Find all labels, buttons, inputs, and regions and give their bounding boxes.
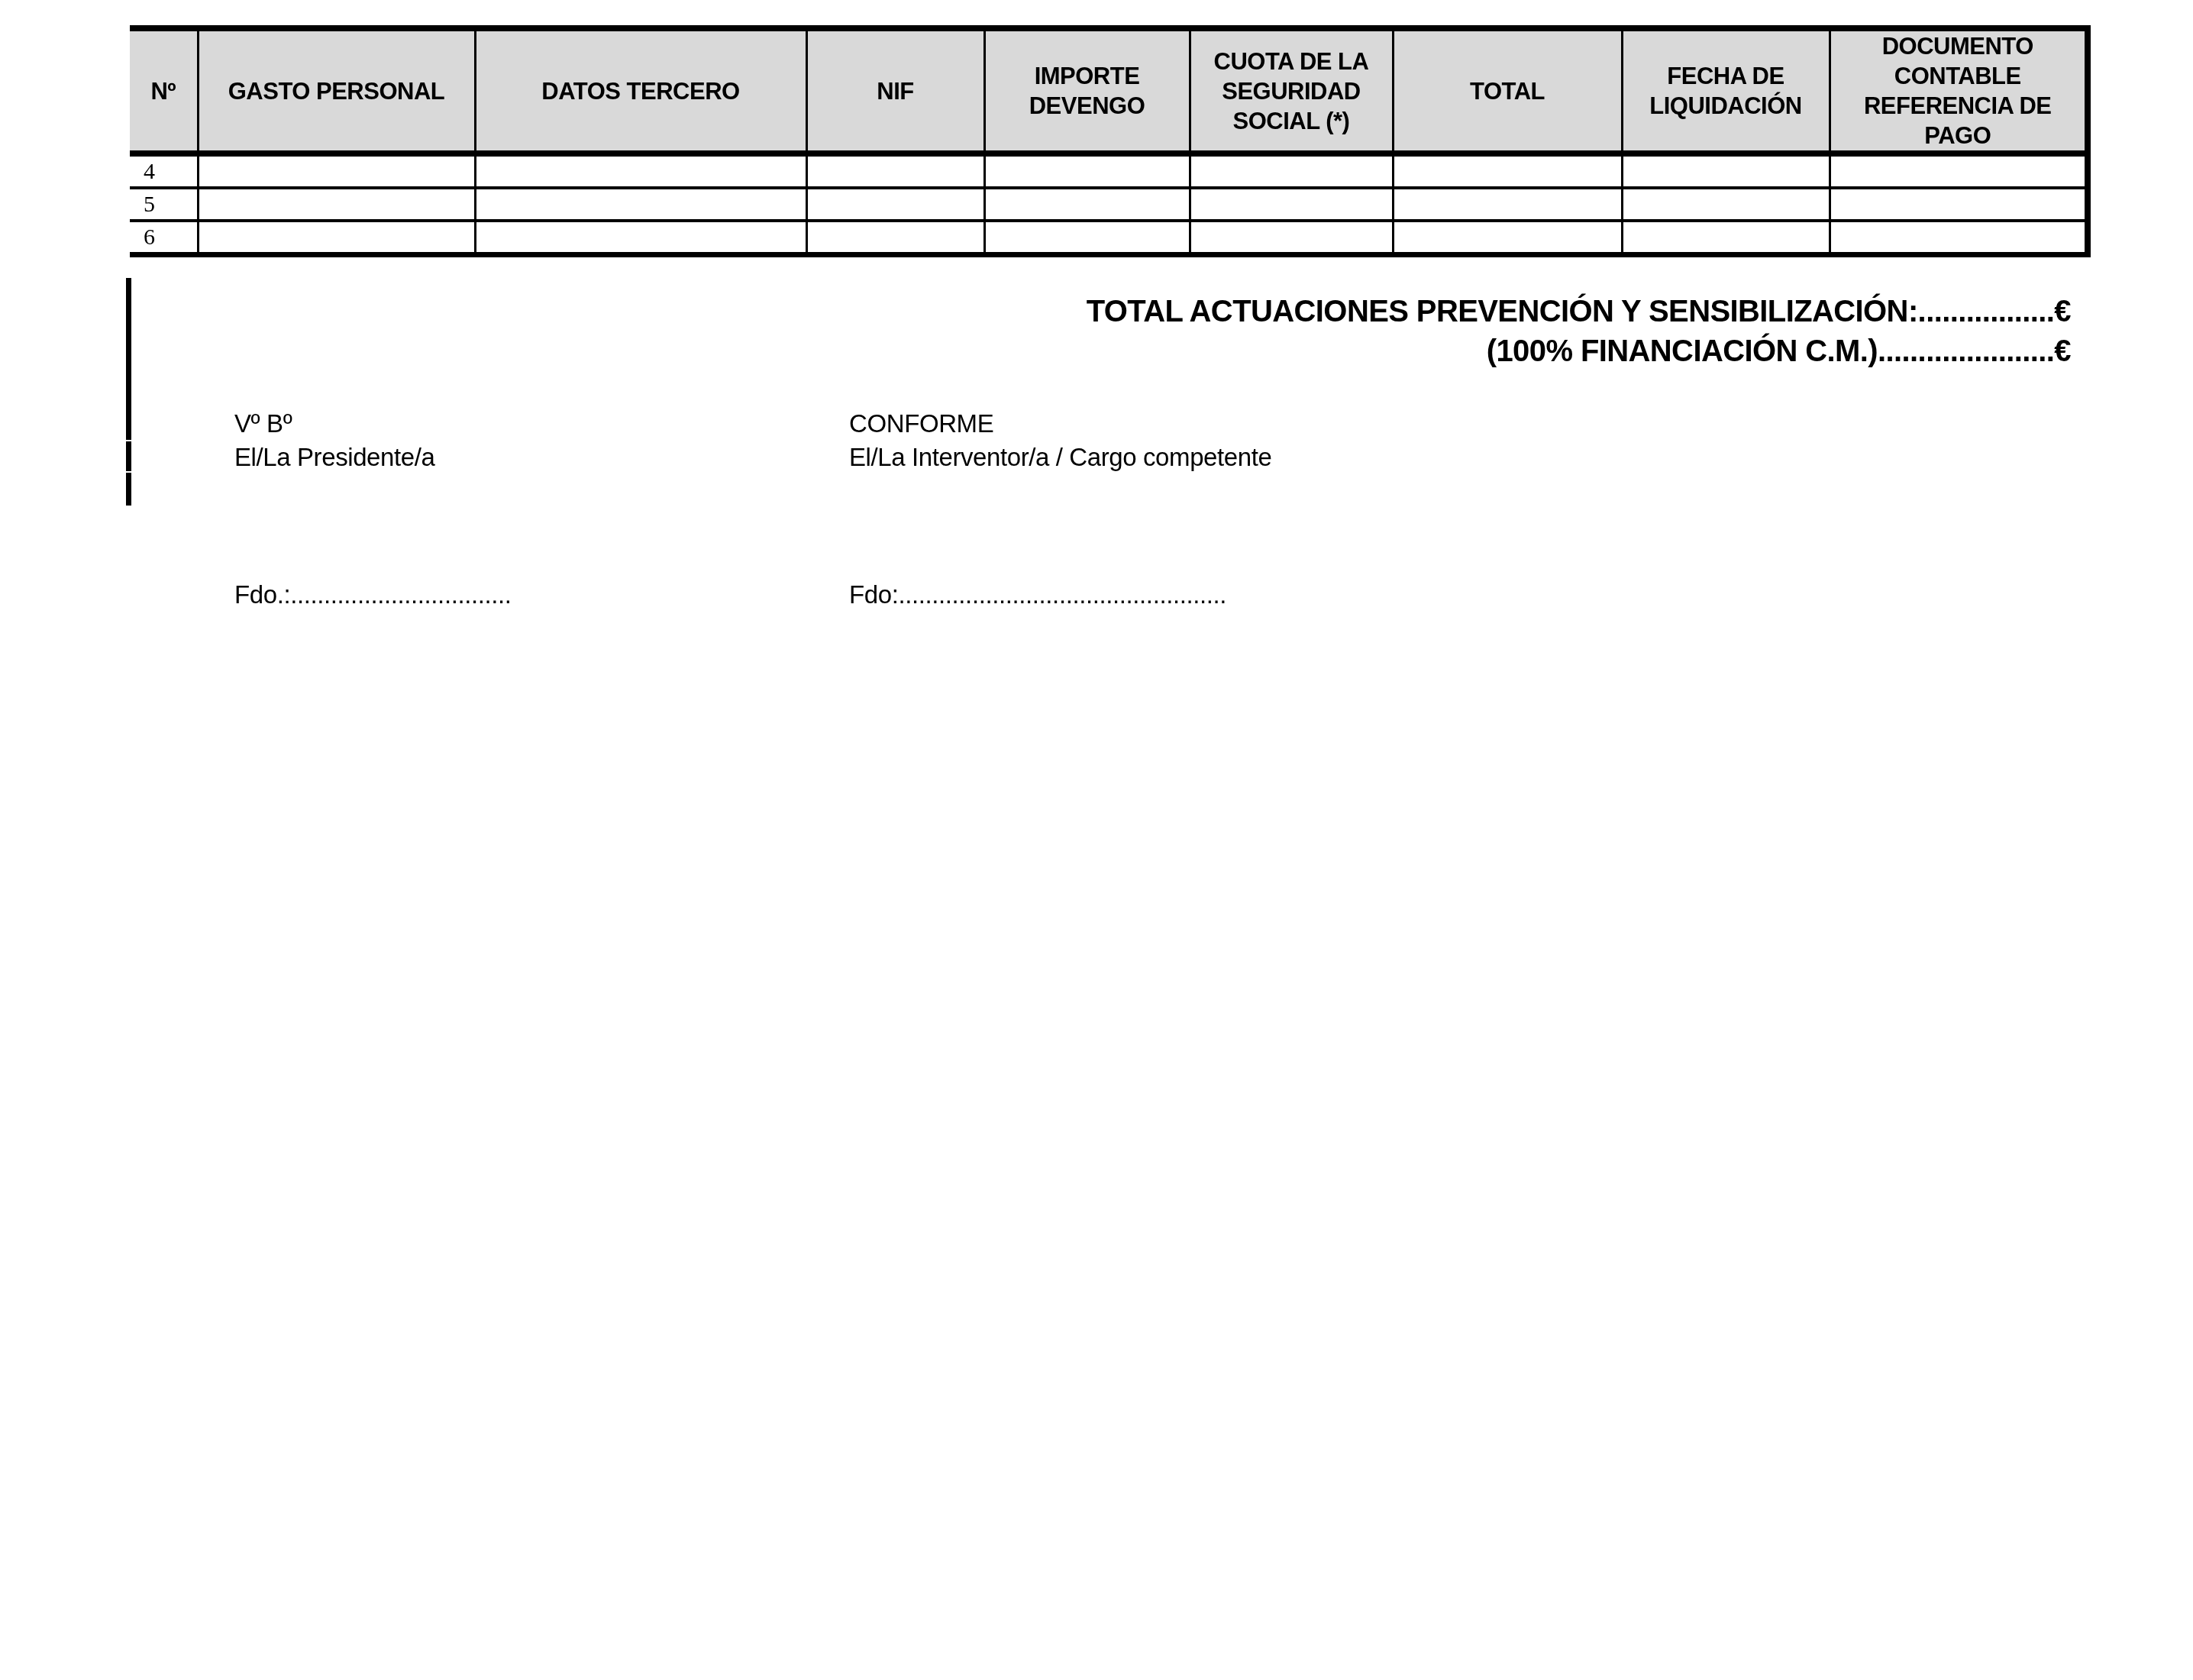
cell-documento-contable[interactable] [1830, 221, 2088, 255]
header-cuota-seguridad-social: CUOTA DE LA SEGURIDAD SOCIAL (*) [1190, 28, 1393, 153]
header-datos-tercero: DATOS TERCERO [475, 28, 806, 153]
cell-fecha-liquidacion[interactable] [1622, 221, 1830, 255]
table-row: 6 [130, 221, 2088, 255]
cell-datos-tercero[interactable] [475, 221, 806, 255]
row-number: 5 [130, 188, 198, 221]
presidente-role: El/La Presidente/a [234, 441, 434, 474]
cell-fecha-liquidacion[interactable] [1622, 188, 1830, 221]
header-gasto-personal: GASTO PERSONAL [198, 28, 475, 153]
cell-documento-contable[interactable] [1830, 153, 2088, 188]
signature-left-fdo[interactable]: Fdo.:................................. [234, 578, 512, 612]
cell-cuota-seguridad-social[interactable] [1190, 188, 1393, 221]
header-importe-devengo: IMPORTE DEVENGO [984, 28, 1190, 153]
row-number: 6 [130, 221, 198, 255]
cell-gasto-personal[interactable] [198, 188, 475, 221]
financiacion-line: (100% FINANCIACIÓN C.M.)................… [1487, 334, 2071, 369]
cell-nif[interactable] [806, 221, 984, 255]
table-row: 5 [130, 188, 2088, 221]
visto-bueno-label: Vº Bº [234, 407, 434, 441]
table-row: 4 [130, 153, 2088, 188]
cell-total[interactable] [1393, 221, 1622, 255]
cell-documento-contable[interactable] [1830, 188, 2088, 221]
cell-nif[interactable] [806, 188, 984, 221]
cell-importe-devengo[interactable] [984, 221, 1190, 255]
bar-gap [126, 440, 131, 441]
total-actuaciones-line: TOTAL ACTUACIONES PREVENCIÓN Y SENSIBILI… [1087, 295, 2071, 329]
cell-cuota-seguridad-social[interactable] [1190, 221, 1393, 255]
cell-total[interactable] [1393, 188, 1622, 221]
cell-fecha-liquidacion[interactable] [1622, 153, 1830, 188]
cell-total[interactable] [1393, 153, 1622, 188]
header-nif: NIF [806, 28, 984, 153]
header-number: Nº [130, 28, 198, 153]
row-number: 4 [130, 153, 198, 188]
expenses-table: Nº GASTO PERSONAL DATOS TERCERO NIF IMPO… [130, 25, 2091, 257]
signature-right-fdo[interactable]: Fdo:....................................… [849, 578, 1226, 612]
interventor-role: El/La Interventor/a / Cargo competente [849, 441, 1271, 474]
signature-left-block: Vº Bº El/La Presidente/a [234, 407, 434, 474]
cell-importe-devengo[interactable] [984, 188, 1190, 221]
signature-right-block: CONFORME El/La Interventor/a / Cargo com… [849, 407, 1271, 474]
header-documento-contable: DOCUMENTO CONTABLE REFERENCIA DE PAGO [1830, 28, 2088, 153]
cell-importe-devengo[interactable] [984, 153, 1190, 188]
cell-gasto-personal[interactable] [198, 221, 475, 255]
table-header-row: Nº GASTO PERSONAL DATOS TERCERO NIF IMPO… [130, 28, 2088, 153]
header-fecha-liquidacion: FECHA DE LIQUIDACIÓN [1622, 28, 1830, 153]
cell-nif[interactable] [806, 153, 984, 188]
cell-cuota-seguridad-social[interactable] [1190, 153, 1393, 188]
header-total: TOTAL [1393, 28, 1622, 153]
cell-gasto-personal[interactable] [198, 153, 475, 188]
left-margin-bar [126, 278, 131, 506]
conforme-label: CONFORME [849, 407, 1271, 441]
bar-gap [126, 471, 131, 473]
cell-datos-tercero[interactable] [475, 188, 806, 221]
cell-datos-tercero[interactable] [475, 153, 806, 188]
